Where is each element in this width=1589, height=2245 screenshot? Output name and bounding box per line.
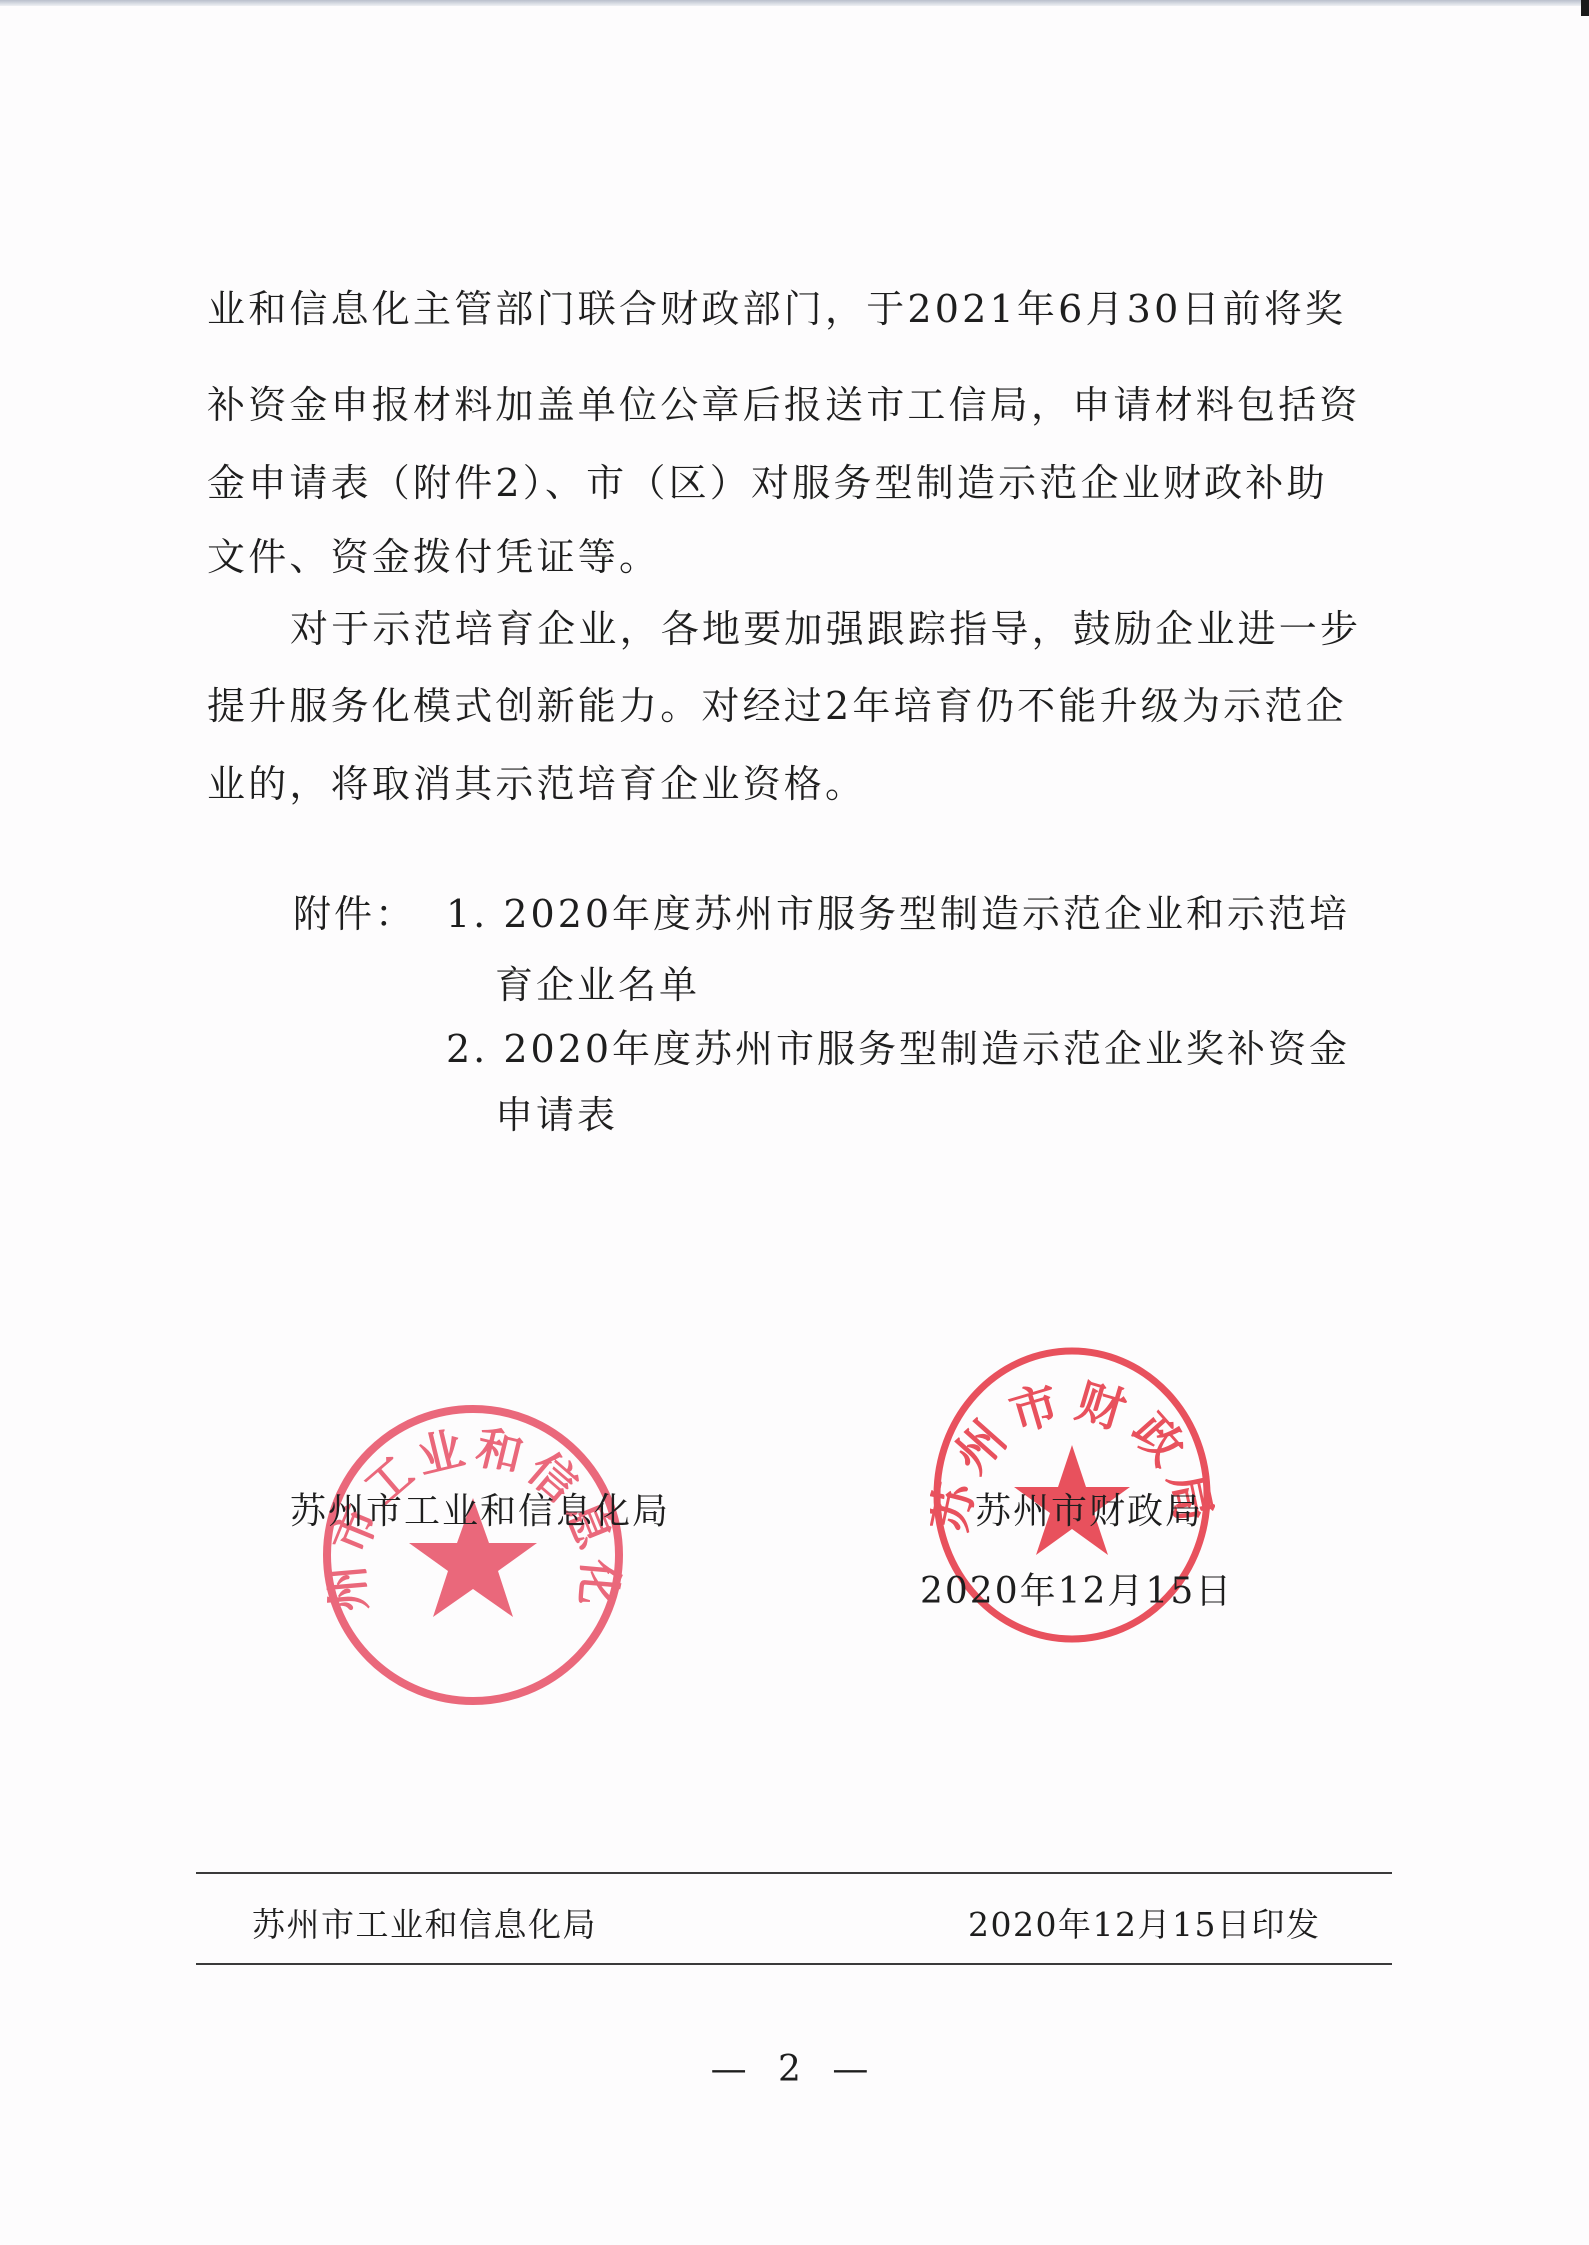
body-text-line: 补资金申报材料加盖单位公章后报送市工信局，申请材料包括资 xyxy=(207,386,1361,424)
footer-rule-bottom xyxy=(196,1963,1392,1965)
footer-issuing-office: 苏州市工业和信息化局 xyxy=(252,1908,597,1941)
footer-print-date: 2020年12月15日印发 xyxy=(968,1908,1320,1941)
footer-rule-top xyxy=(196,1872,1392,1874)
attachments-label: 附件： xyxy=(293,895,416,933)
body-text-line: 文件、资金拨付凭证等。 xyxy=(207,538,660,576)
signature-issuer-2: 苏州市财政局 xyxy=(975,1494,1203,1530)
body-text-line: 提升服务化模式创新能力。对经过2年培育仍不能升级为示范企 xyxy=(207,687,1347,725)
body-text-line: 业的，将取消其示范培育企业资格。 xyxy=(207,765,866,803)
attachment-item-1-cont: 育企业名单 xyxy=(495,966,700,1004)
signature-date: 2020年12月15日 xyxy=(920,1574,1233,1610)
attachment-item-2-cont: 申请表 xyxy=(495,1096,618,1134)
official-seal-icon: 苏州市工业和信息化局 xyxy=(318,1400,628,1710)
scan-top-edge xyxy=(0,0,1589,6)
page-number: — 2 — xyxy=(0,2052,1589,2088)
signature-issuer-1: 苏州市工业和信息化局 xyxy=(290,1494,670,1530)
scan-corner-mark xyxy=(1581,0,1589,16)
body-text-line: 金申请表（附件2）、市（区）对服务型制造示范企业财政补助 xyxy=(207,464,1328,502)
attachment-item-2: 2. 2020年度苏州市服务型制造示范企业奖补资金 xyxy=(446,1030,1350,1068)
attachment-item-1: 1. 2020年度苏州市服务型制造示范企业和示范培 xyxy=(446,895,1350,933)
body-text-line: 对于示范培育企业，各地要加强跟踪指导，鼓励企业进一步 xyxy=(290,610,1361,648)
body-text-line: 业和信息化主管部门联合财政部门，于2021年6月30日前将奖 xyxy=(207,290,1346,328)
